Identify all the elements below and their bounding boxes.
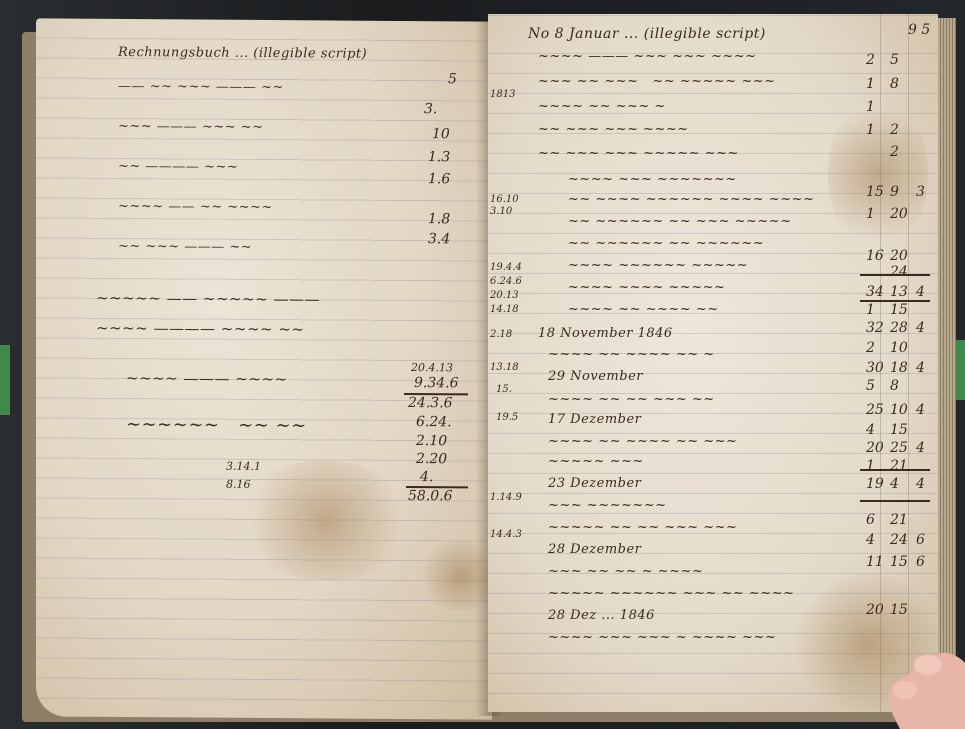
green-tab-left [0,345,10,415]
page-edges [938,18,956,708]
right-heading: No 8 Januar ... (illegible script) [528,26,766,42]
left-page: Rechnungsbuch ... (illegible script) —— … [36,18,492,719]
ledger-book: Rechnungsbuch ... (illegible script) —— … [14,6,954,718]
page-number: 9 5 [908,22,930,38]
hand [870,640,965,729]
green-tab-right [955,340,965,400]
left-header: Rechnungsbuch ... (illegible script) [118,45,367,62]
right-page: 9 5 No 8 Januar ... (illegible script) ~… [488,14,938,712]
